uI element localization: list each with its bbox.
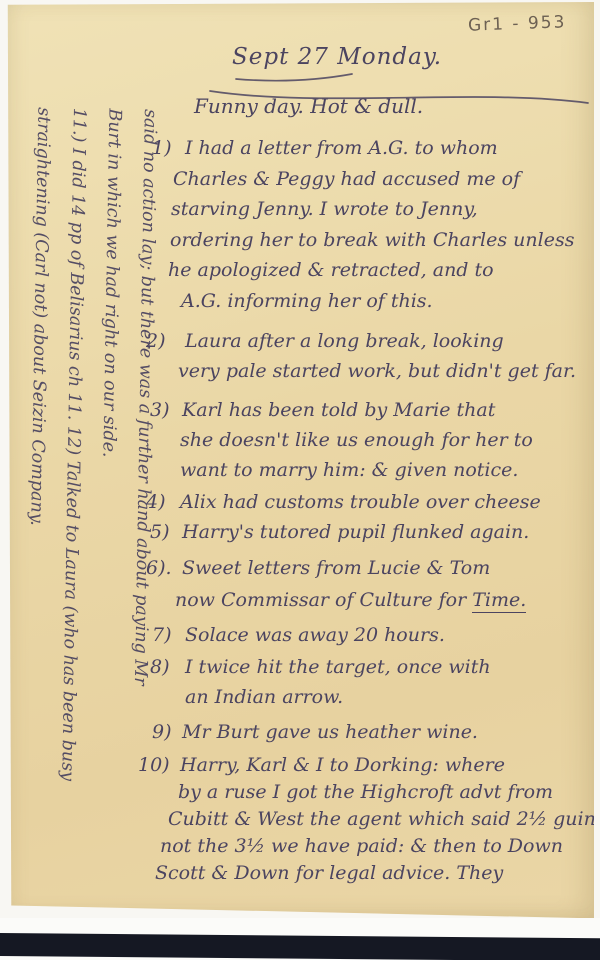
entry-line: A.G. informing her of this. <box>181 286 590 317</box>
entry-line: I had a letter from A.G. to whom <box>185 133 590 164</box>
entry-line: Sweet letters from Lucie & Tom <box>182 552 590 584</box>
diary-entry-5: 5) Harry's tutored pupil flunked again. <box>140 517 590 547</box>
entry-line: Mr Burt gave us heather wine. <box>182 717 590 747</box>
scanner-strip <box>0 933 600 960</box>
entry-line: Scott & Down for legal advice. They <box>155 860 590 887</box>
diary-entry-6: 6). Sweet letters from Lucie & Tom now C… <box>140 552 590 616</box>
entry-line: Laura after a long break, looking <box>185 326 590 356</box>
entry-line: Alix had customs trouble over cheese <box>180 487 590 517</box>
diary-entry-10: 10) Harry, Karl & I to Dorking: where by… <box>140 752 590 887</box>
paper-sheet: Gr1 - 953 Sept 27 Monday. Funny day. Hot… <box>6 2 594 922</box>
entry-line: he apologized & retracted, and to <box>168 255 590 286</box>
underlined-word: Time. <box>472 589 526 613</box>
entry-line: want to marry him: & given notice. <box>180 455 590 485</box>
entry-line: Cubitt & West the agent which said 2½ gu… <box>168 806 590 833</box>
diary-entry-9: 9) Mr Burt gave us heather wine. <box>140 717 590 747</box>
diary-entry-3: 3) Karl has been told by Marie that she … <box>140 395 590 485</box>
entry-line: Harry, Karl & I to Dorking: where <box>180 752 590 779</box>
entry-line: Solace was away 20 hours. <box>185 620 590 650</box>
entry-line: Harry's tutored pupil flunked again. <box>182 517 590 547</box>
diary-entry-4: 4) Alix had customs trouble over cheese <box>140 487 590 517</box>
entry-line: now Commissar of Culture for Time. <box>175 584 590 616</box>
diary-entry-1: 1) I had a letter from A.G. to whom Char… <box>140 133 590 316</box>
entry-line: ordering her to break with Charles unles… <box>170 225 590 256</box>
diary-entry-8: 8) I twice hit the target, once with an … <box>140 652 590 712</box>
diary-entries: 1) I had a letter from A.G. to whom Char… <box>140 2 594 922</box>
entry-line: starving Jenny. I wrote to Jenny, <box>171 194 590 225</box>
margin-note: said no action lay; but there was a furt… <box>7 107 167 907</box>
entry-line: I twice hit the target, once with <box>185 652 590 682</box>
entry-line: Charles & Peggy had accused me of <box>173 164 590 195</box>
diary-entry-2: 2) Laura after a long break, looking ver… <box>140 326 590 386</box>
entry-line: an Indian arrow. <box>185 682 590 712</box>
entry-line: Karl has been told by Marie that <box>182 395 590 425</box>
entry-line: very pale started work, but didn't get f… <box>178 356 590 386</box>
entry-line: she doesn't like us enough for her to <box>180 425 590 455</box>
diary-entry-7: 7) Solace was away 20 hours. <box>140 620 590 650</box>
entry-line: by a ruse I got the Highcroft advt from <box>178 779 590 806</box>
entry-line: not the 3½ we have paid: & then to Down <box>160 833 590 860</box>
entry-line-text: now Commissar of Culture for <box>175 589 472 611</box>
